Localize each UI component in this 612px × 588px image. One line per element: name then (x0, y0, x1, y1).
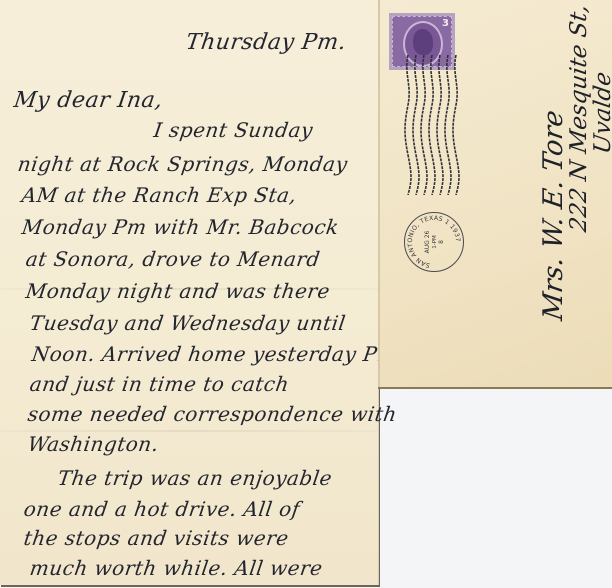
letter-line: night at Rock Springs, Monday (16, 152, 349, 176)
letter-line: at Sonora, drove to Menard (24, 247, 321, 271)
letter-heading: Thursday Pm. (184, 30, 348, 55)
letter-line: one and a hot drive. All of (22, 497, 301, 521)
letter-line: Monday Pm with Mr. Babcock (20, 215, 340, 239)
svg-text:8: 8 (438, 240, 445, 244)
letter-line: much worth while. All were (28, 556, 324, 580)
svg-text:AUG 26: AUG 26 (424, 230, 431, 253)
recipient-street: 222 N Mesquite St, (566, 3, 592, 234)
letter-salutation: My dear Ina, (12, 88, 164, 113)
handwritten-letter-page: Thursday Pm. My dear Ina, I spent Sunday… (0, 0, 379, 585)
postmark: SAN ANTONIO, TEXAS 1 1937 AUG 26 1-PM 8 (404, 212, 464, 272)
letter-line: the stops and visits were (22, 526, 290, 550)
postmark-ring-text: SAN ANTONIO, TEXAS 1 1937 AUG 26 1-PM 8 (405, 213, 463, 271)
letter-line: I spent Sunday (152, 118, 314, 142)
stamp-denomination: 3 (442, 18, 449, 29)
letter-line: some needed correspondence with (26, 402, 398, 426)
wavy-cancellation-lines-icon (404, 55, 460, 195)
letter-line: The trip was an enjoyable (56, 466, 333, 490)
envelope: 3 SAN ANTONIO, TEXAS 1 1937 AUG 26 1-PM (378, 0, 612, 389)
letter-line: Tuesday and Wednesday until (28, 311, 347, 335)
letter-line: and just in time to catch (28, 372, 290, 396)
letter-line: AM at the Ranch Exp Sta, (20, 183, 298, 207)
stamp-portrait-icon (413, 29, 433, 55)
recipient-name: Mrs. W. E. Tore (538, 108, 569, 322)
recipient-city: Uvalde (590, 70, 612, 155)
letter-line: Monday night and was there (24, 279, 331, 303)
letter-line: Noon. Arrived home yesterday Pm (30, 342, 398, 366)
letter-line: Washington. (26, 432, 160, 456)
